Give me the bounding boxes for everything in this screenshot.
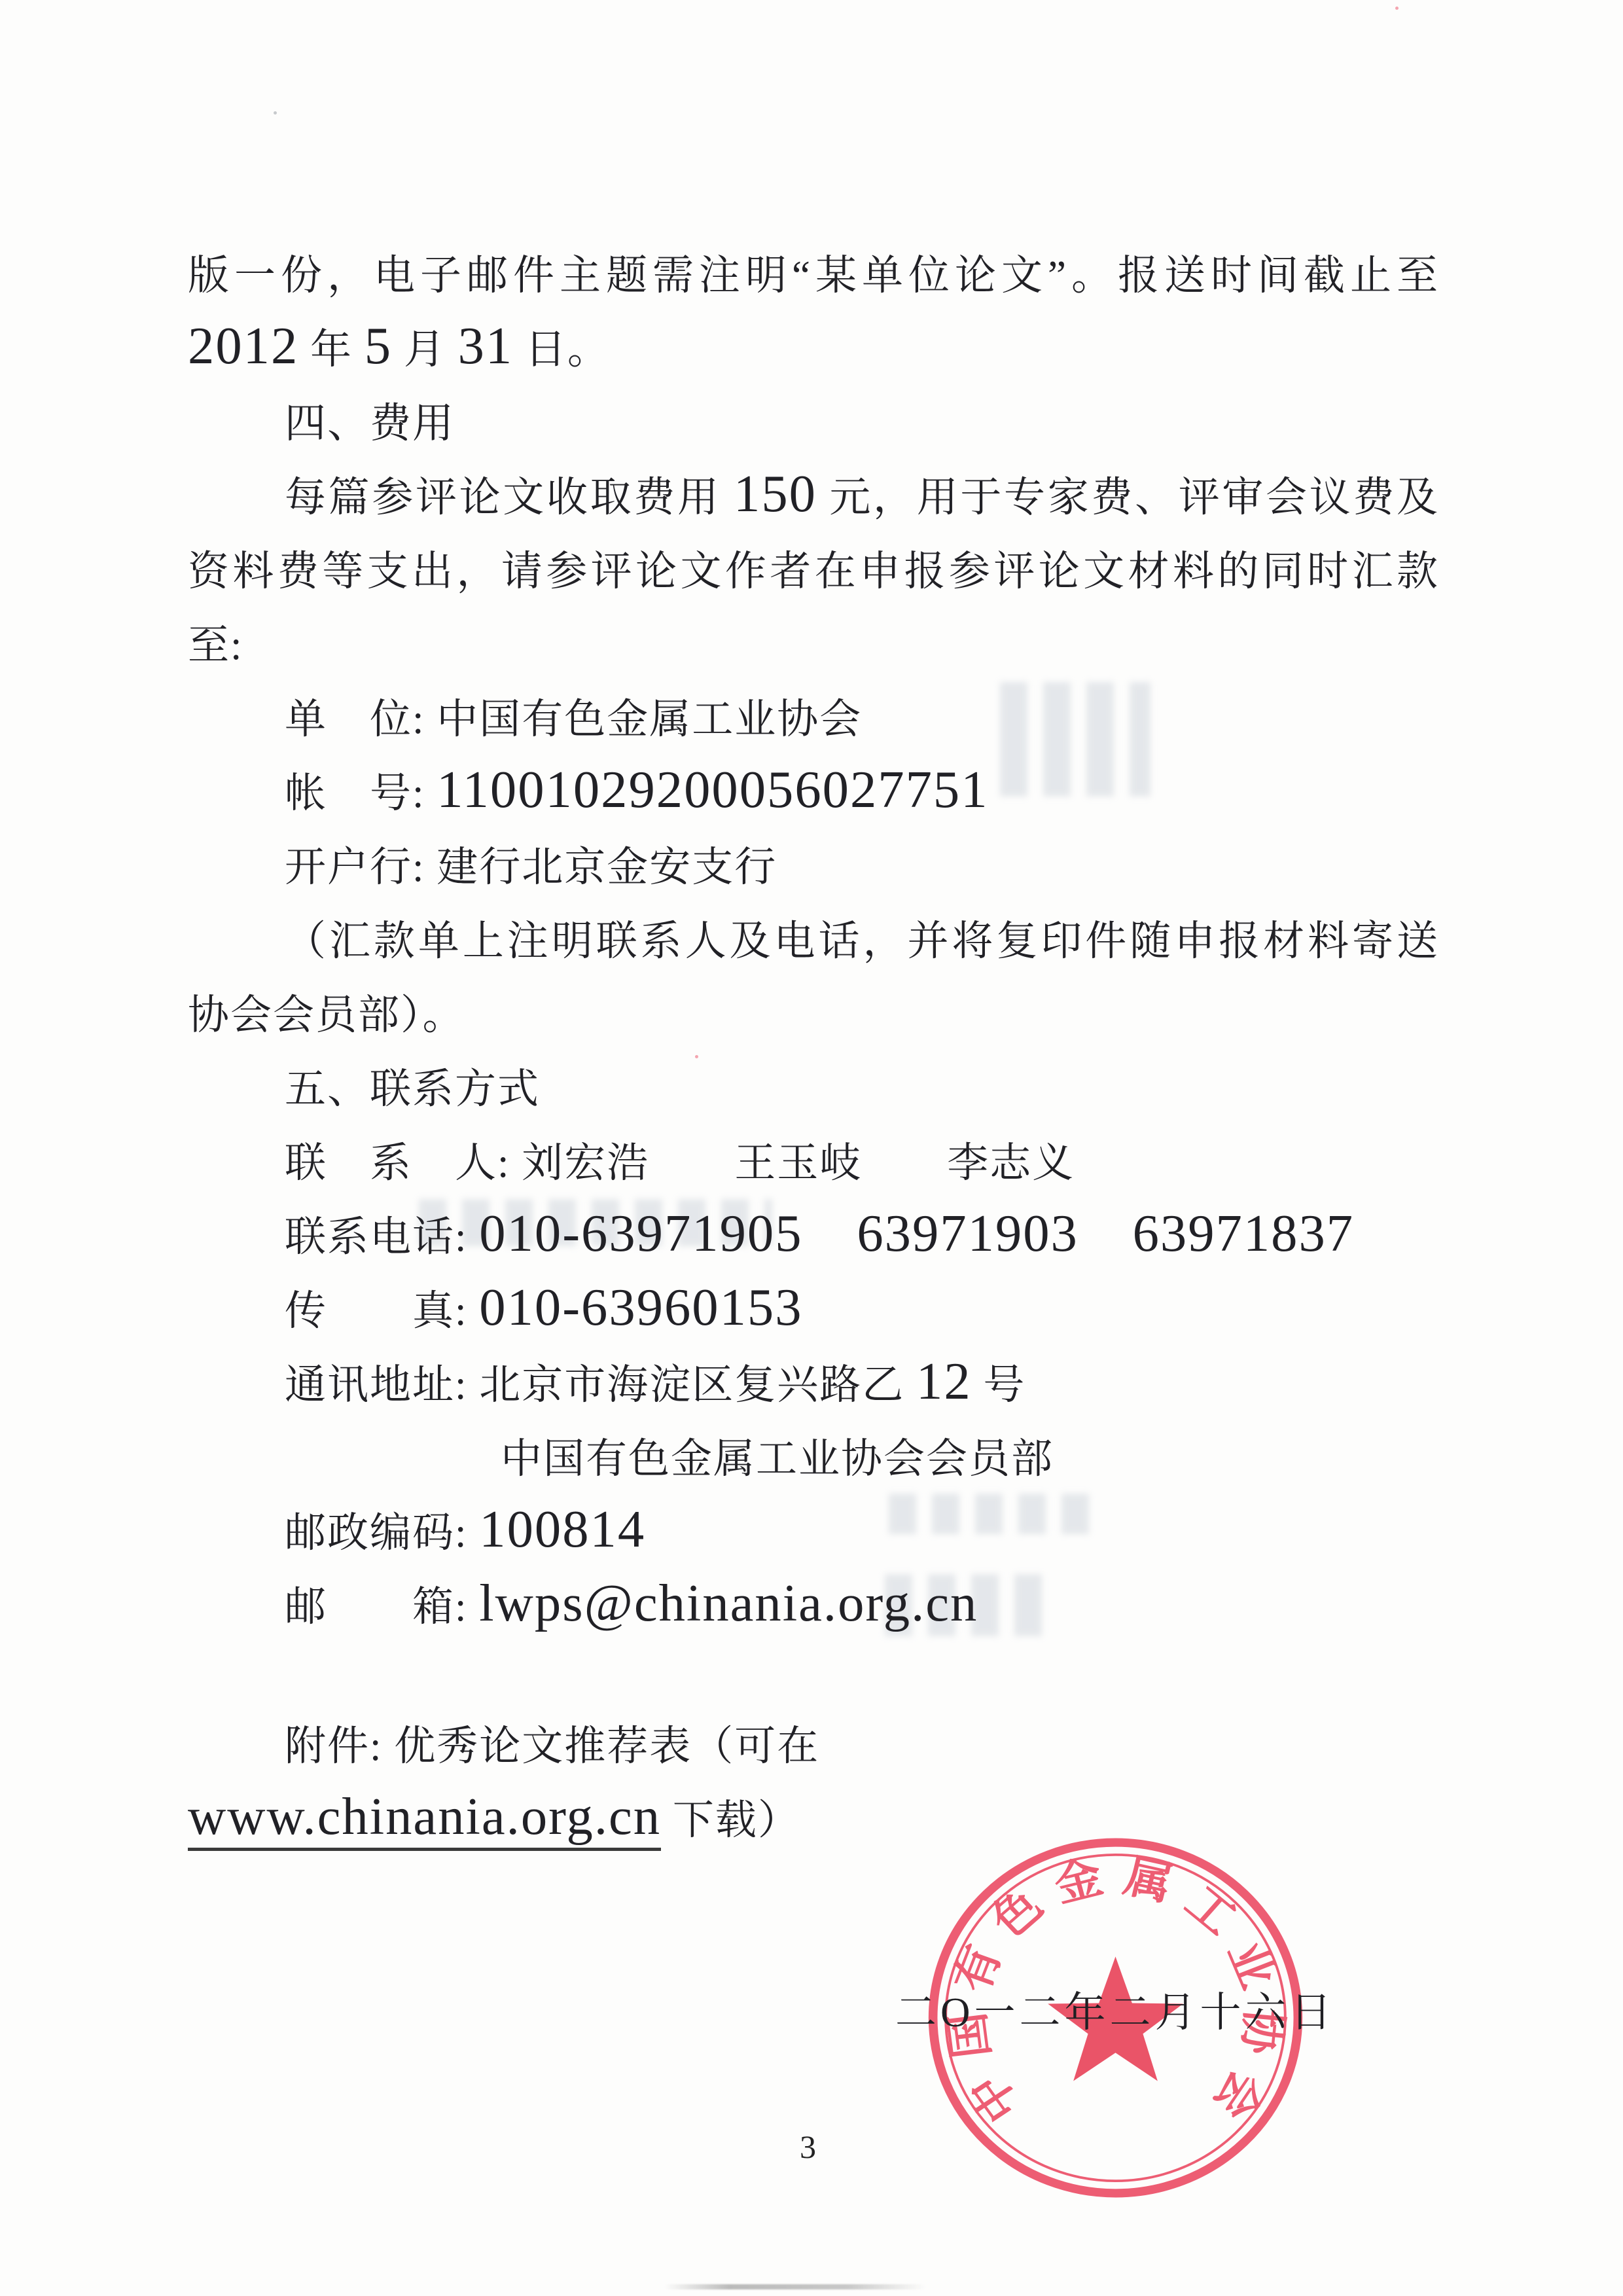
line-bank-account-number: 帐 号: 11001029200056027751 bbox=[188, 757, 1439, 831]
line-bank-branch: 开户行: 建行北京金安支行 bbox=[188, 831, 1439, 905]
scanner-smudge bbox=[664, 2284, 926, 2289]
line-remittance-note-2: 协会会员部）。 bbox=[188, 978, 1439, 1052]
line-fax-number: 传 真: 010-63960153 bbox=[188, 1274, 1439, 1348]
heading-section-4-fees: 四、费用 bbox=[188, 387, 1439, 461]
line-fee-usage: 资料费等支出，请参评论文作者在申报参评论文材料的同时汇款 bbox=[188, 535, 1439, 609]
line-contact-persons: 联 系 人: 刘宏浩 王玉岐 李志义 bbox=[188, 1126, 1439, 1200]
line-mailing-address: 通讯地址: 北京市海淀区复兴路乙 12 号 bbox=[188, 1348, 1439, 1422]
blank-line bbox=[188, 1644, 1439, 1710]
line-email: 邮 箱: lwps@chinania.org.cn bbox=[188, 1570, 1439, 1644]
heading-section-5-contact: 五、联系方式 bbox=[188, 1052, 1439, 1126]
document-page: 版一份，电子邮件主题需注明“某单位论文”。报送时间截止至 2012 年 5 月 … bbox=[0, 0, 1623, 2296]
ink-speck-1 bbox=[274, 111, 277, 115]
line-mailing-address-2: 中国有色金属工业协会会员部 bbox=[188, 1422, 1439, 1496]
line-remit-to: 至: bbox=[188, 609, 1439, 683]
line-deadline-continuation: 版一份，电子邮件主题需注明“某单位论文”。报送时间截止至 bbox=[188, 239, 1439, 313]
ink-speck-2 bbox=[1395, 7, 1399, 10]
document-body: 版一份，电子邮件主题需注明“某单位论文”。报送时间截止至 2012 年 5 月 … bbox=[188, 239, 1439, 1857]
line-postal-code: 邮政编码: 100814 bbox=[188, 1496, 1439, 1570]
attachment-url: www.chinania.org.cn bbox=[188, 1787, 661, 1851]
line-deadline-date: 2012 年 5 月 31 日。 bbox=[188, 313, 1439, 387]
attachment-prefix: 附件: 优秀论文推荐表（可在 bbox=[285, 1723, 831, 1769]
line-remittance-note-1: （汇款单上注明联系人及电话，并将复印件随申报材料寄送 bbox=[188, 905, 1439, 978]
issue-date: 二O一二年二月十六日 bbox=[895, 1990, 1336, 2036]
line-bank-account-name: 单 位: 中国有色金属工业协会 bbox=[188, 683, 1439, 757]
line-fee-amount: 每篇参评论文收取费用 150 元，用于专家费、评审会议费及 bbox=[188, 461, 1439, 535]
page-number: 3 bbox=[800, 2128, 816, 2165]
attachment-suffix: 下载） bbox=[661, 1797, 800, 1843]
line-contact-phones: 联系电话: 010-63971905 63971903 63971837 bbox=[188, 1200, 1439, 1274]
